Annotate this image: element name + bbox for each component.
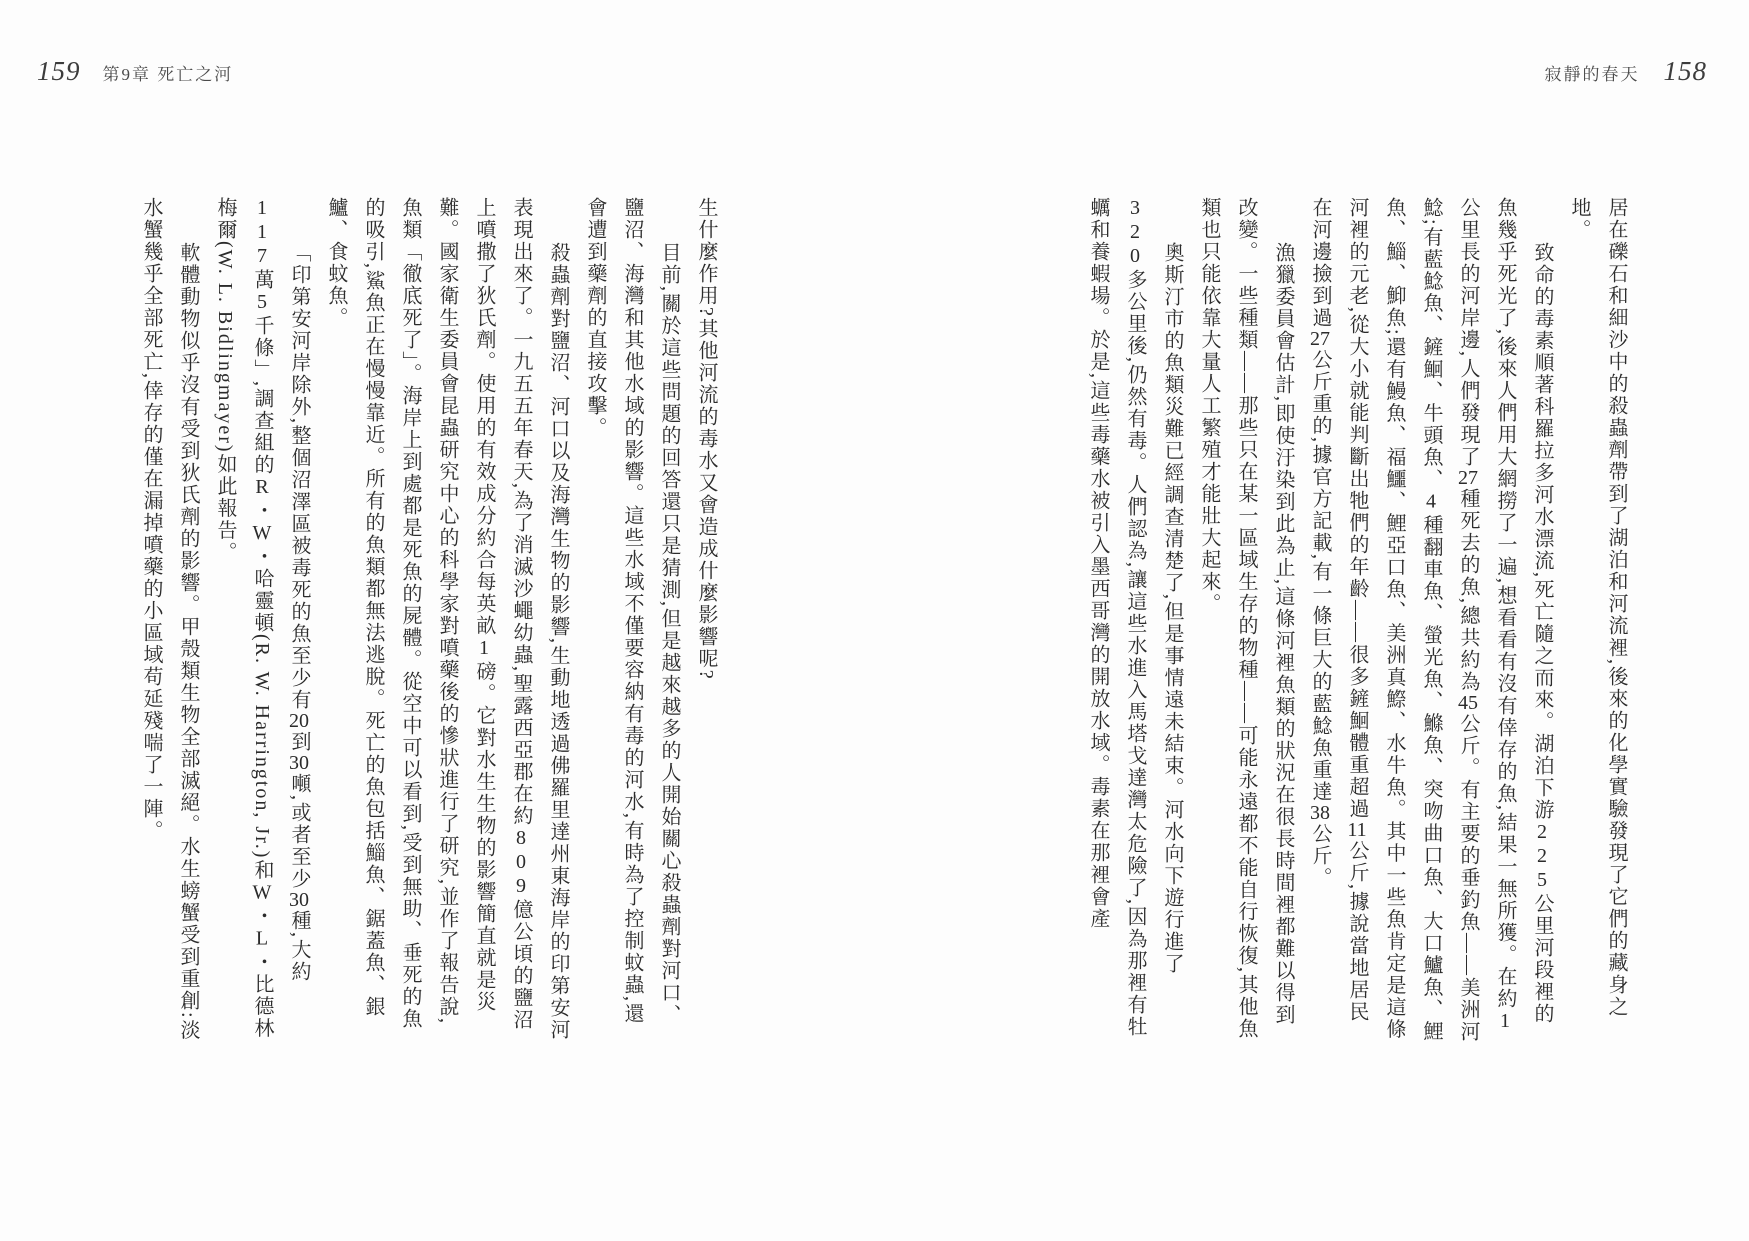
text-segment: 千條」,調查組的 [251, 315, 273, 476]
text-segment: 45 [1457, 693, 1479, 713]
book-spread: 159第9章 死亡之河 寂靜的春天158 生什麼作用?其他河流的毒水又會造成什麼… [0, 0, 1749, 1241]
paragraph: 殺蟲劑對鹽沼、河口以及海灣生物的影響,生動地透過佛羅里達州東海岸的印第安河表現出… [317, 197, 576, 1043]
text-segment: 目前,關於這些問題的回答還只是猜測,但是越來越多的人開始關心殺蟲劑對河口、鹽沼、… [584, 197, 680, 1026]
text-segment: 到 [288, 731, 310, 753]
book-title: 寂靜的春天 [1545, 65, 1640, 84]
text-segment: 奧斯汀市的魚類災難已經調查清楚了,但是事情遠未結束。河水向下遊行進了 [1161, 242, 1183, 975]
text-segment: 117 [251, 197, 273, 269]
text-segment: 生什麼作用?其他河流的毒水又會造成什麼影響呢? [695, 197, 717, 681]
chapter-title: 第9章 死亡之河 [103, 65, 234, 84]
page-number-left: 159 [37, 56, 81, 86]
paragraph: 生什麼作用?其他河流的毒水又會造成什麼影響呢? [687, 197, 724, 1043]
text-segment: 809 [510, 827, 532, 899]
text-segment: W・L・ [251, 881, 273, 973]
paragraph: 軟體動物似乎沒有受到狄氏劑的影響。甲殼類生物全部滅絕。水生螃蟹受到重創:淡水蟹幾… [132, 197, 206, 1043]
right-page-header: 寂靜的春天158 [1545, 56, 1708, 87]
text-segment: 38 [1309, 803, 1331, 823]
text-segment: 致命的毒素順著科羅拉多河水漂流,死亡隨之而來。湖泊下游 [1531, 242, 1553, 821]
text-segment: 1 [473, 637, 495, 661]
text-segment: 27 [1457, 468, 1479, 488]
text-segment: 4 [1420, 491, 1442, 515]
text-segment: 「印第安河岸除外,整個沼澤區被毒死的魚至少有 [288, 242, 310, 711]
page-number-right: 158 [1664, 56, 1708, 86]
text-segment: 30 [288, 890, 310, 910]
paragraph: 致命的毒素順著科羅拉多河水漂流,死亡隨之而來。湖泊下游225公里河段裡的魚幾乎死… [1301, 197, 1560, 1043]
text-segment: 哈靈頓(R. W. Harrington, Jr.)和 [251, 568, 273, 881]
paragraph: 漁獵委員會估計,即使汙染到此為止,這條河裡魚類的狀況在很長時間裡都難以得到改變。… [1190, 197, 1301, 1043]
paragraph: 居在礫石和細沙中的殺蟲劑帶到了湖泊和河流裡,後來的化學實驗發現了它們的藏身之地。 [1560, 197, 1634, 1043]
paragraph: 奧斯汀市的魚類災難已經調查清楚了,但是事情遠未結束。河水向下遊行進了320多公里… [1079, 197, 1190, 1043]
left-page-text: 生什麼作用?其他河流的毒水又會造成什麼影響呢?目前,關於這些問題的回答還只是猜測… [130, 197, 724, 1043]
text-segment: 公斤。 [1309, 823, 1331, 889]
text-segment: 軟體動物似乎沒有受到狄氏劑的影響。甲殼類生物全部滅絕。水生螃蟹受到重創:淡水蟹幾… [140, 197, 199, 1042]
text-segment: 種,大約 [288, 910, 310, 983]
text-segment: 噸,或者至少 [288, 773, 310, 890]
text-segment: 公斤重的,據官方記載,有一條巨大的藍鯰魚重達 [1309, 349, 1331, 803]
right-page-text: 居在礫石和細沙中的殺蟲劑帶到了湖泊和河流裡,後來的化學實驗發現了它們的藏身之地。… [1040, 197, 1634, 1043]
text-segment: 居在礫石和細沙中的殺蟲劑帶到了湖泊和河流裡,後來的化學實驗發現了它們的藏身之地。 [1568, 197, 1627, 1018]
text-segment: 多公里後,仍然有毒。人們認為,讓這些水進入馬塔戈達灣太危險了,因為那裡有牡蠣和養… [1087, 197, 1146, 1038]
text-segment: 11 [1346, 820, 1368, 840]
text-segment: 320 [1124, 197, 1146, 269]
text-segment: R・W・ [251, 476, 273, 568]
left-page-header: 159第9章 死亡之河 [37, 56, 233, 87]
text-segment: 27 [1309, 329, 1331, 349]
text-segment: 磅。它對水生生物的影響簡直就是災難。國家衛生委員會昆蟲研究中心的科學家對噴藥後的… [325, 197, 495, 1030]
paragraph: 「印第安河岸除外,整個沼澤區被毒死的魚至少有20到30噸,或者至少30種,大約1… [206, 197, 317, 1043]
text-segment: 5 [251, 291, 273, 315]
paragraph: 目前,關於這些問題的回答還只是猜測,但是越來越多的人開始關心殺蟲劑對河口、鹽沼、… [576, 197, 687, 1043]
text-segment: 種死去的魚,總共約為 [1457, 488, 1479, 693]
text-segment: 20 [288, 711, 310, 731]
text-segment: 30 [288, 753, 310, 773]
text-segment: 公里長的河岸邊,人們發現了 [1457, 197, 1479, 468]
text-segment: 225 [1531, 821, 1553, 893]
text-segment: 漁獵委員會估計,即使汙染到此為止,這條河裡魚類的狀況在很長時間裡都難以得到改變。… [1198, 197, 1294, 1040]
text-segment: 1 [1494, 1010, 1516, 1034]
text-segment: 萬 [251, 269, 273, 291]
